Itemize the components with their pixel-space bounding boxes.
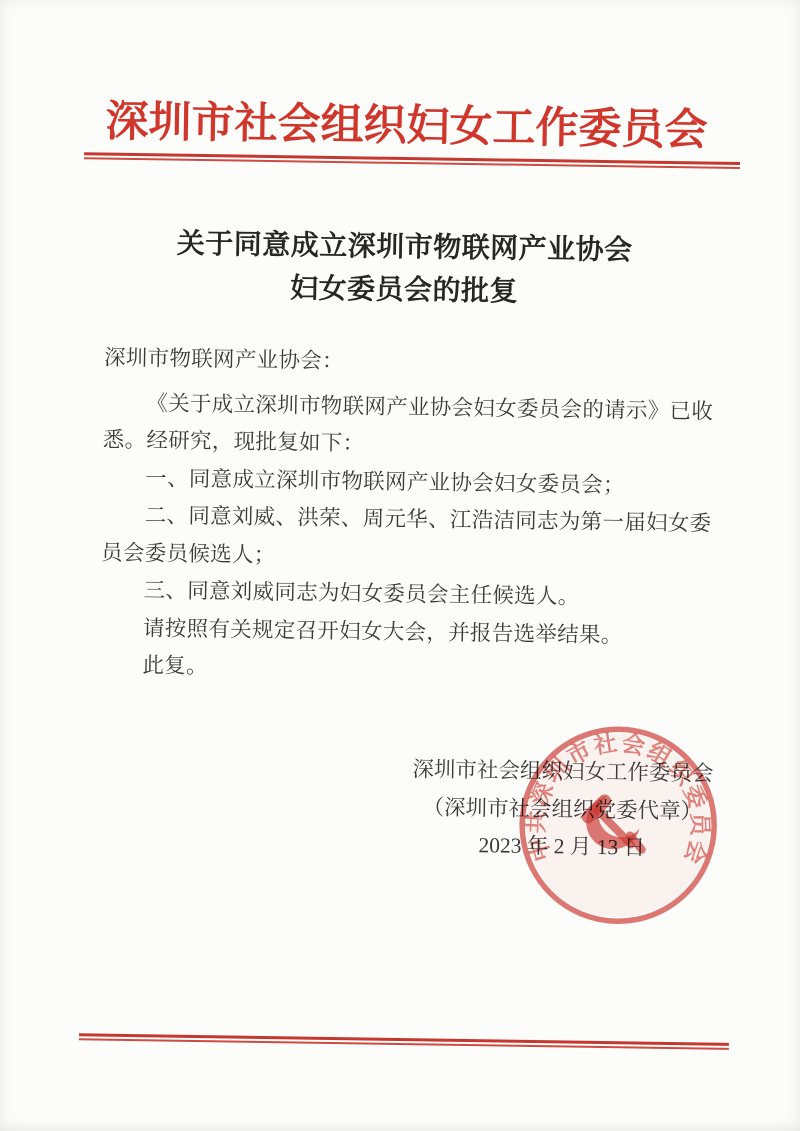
footer-divider-line [79,1033,729,1050]
signature-date: 2023 年 2 月 13 日 [401,826,724,868]
document-page: 深圳市社会组织妇女工作委员会 关于同意成立深圳市物联网产业协会 妇女委员会的批复… [0,0,800,1131]
signature-org-name: 深圳市社会组织妇女工作委员会 [402,751,725,793]
body-salutation-line: 深圳市物联网产业协会： [104,340,744,387]
scanned-sheet: 深圳市社会组织妇女工作委员会 关于同意成立深圳市物联网产业协会 妇女委员会的批复… [0,0,800,1131]
letterhead-org-name: 深圳市社会组织妇女工作委员会 [6,86,800,159]
signature-block: 深圳市社会组织妇女工作委员会 （深圳市社会组织党委代章） 2023 年 2 月 … [401,751,725,868]
signature-proxy-note: （深圳市社会组织党委代章） [401,789,724,831]
document-body: 深圳市物联网产业协会： 《关于成立深圳市物联网产业协会妇女委员会的请示》已收 悉… [99,340,744,694]
document-title: 关于同意成立深圳市物联网产业协会 妇女委员会的批复 [4,220,800,318]
